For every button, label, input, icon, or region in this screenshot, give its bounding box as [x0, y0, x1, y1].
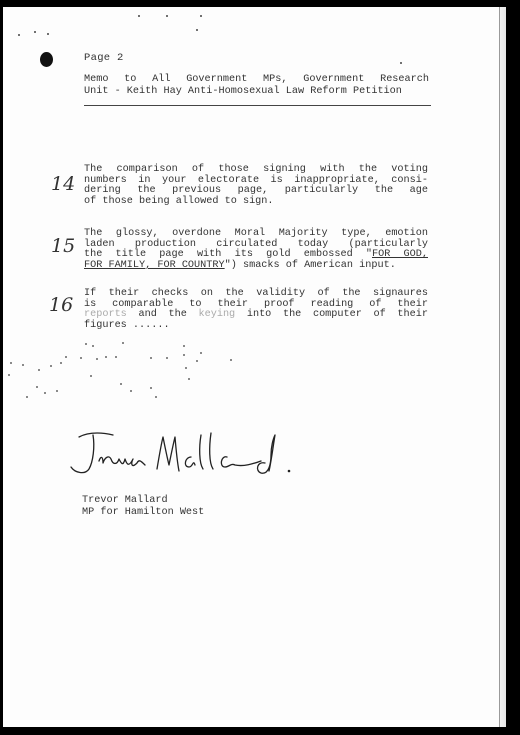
document-page: Page 2 Memo to All Government MPs, Gover…: [3, 7, 506, 727]
scan-speck: [183, 345, 185, 347]
scan-speck: [185, 367, 187, 369]
paragraph-15: The glossy, overdone Moral Majority type…: [84, 229, 428, 272]
signatory-block: Trevor Mallard MP for Hamilton West: [82, 495, 204, 519]
scan-speck: [34, 31, 36, 33]
scan-speck: [166, 357, 168, 359]
margin-number-16: 16: [49, 294, 73, 316]
scan-speck: [36, 386, 38, 388]
scan-speck: [38, 369, 40, 371]
paragraph-14: The comparison of those signing with the…: [84, 165, 428, 208]
scan-speck: [8, 374, 10, 376]
scan-speck: [105, 356, 107, 358]
paragraph-16: If their checks on the validity of the s…: [84, 289, 428, 332]
scan-speck: [196, 360, 198, 362]
scan-speck: [120, 383, 122, 385]
line-text: ") smacks of American input.: [225, 260, 396, 271]
memo-subject: Memo to All Government MPs, Government R…: [84, 74, 429, 97]
paragraph-line: FOR FAMILY, FOR COUNTRY") smacks of Amer…: [84, 261, 428, 272]
paragraph-line: figures ......: [84, 321, 428, 332]
signatory-name: Trevor Mallard: [82, 495, 204, 507]
underlined-quote: FOR FAMILY, FOR COUNTRY: [84, 260, 225, 271]
scan-speck: [150, 357, 152, 359]
margin-number-15: 15: [51, 235, 75, 257]
scan-speck: [150, 387, 152, 389]
scan-speck: [115, 356, 117, 358]
scan-speck: [155, 396, 157, 398]
scan-speck: [138, 15, 140, 17]
scan-speck: [183, 354, 185, 356]
scan-speck: [50, 365, 52, 367]
line-text: the title page with its gold embossed ": [84, 249, 372, 260]
scan-speck: [80, 357, 82, 359]
scan-speck: [96, 358, 98, 360]
page-number: Page 2: [84, 52, 124, 64]
underlined-quote: FOR GOD,: [372, 249, 428, 260]
paragraph-line: of those being allowed to sign.: [84, 197, 428, 208]
scan-speck: [196, 29, 198, 31]
scan-speck: [122, 342, 124, 344]
scan-speck: [22, 364, 24, 366]
scan-speck: [65, 356, 67, 358]
subject-line-2: Unit - Keith Hay Anti-Homosexual Law Ref…: [84, 86, 429, 98]
header-rule: [84, 105, 431, 106]
scan-speck: [92, 345, 94, 347]
scan-speck: [44, 392, 46, 394]
scan-speck: [188, 378, 190, 380]
punch-hole: [40, 52, 53, 67]
scan-speck: [130, 390, 132, 392]
scan-speck: [200, 15, 202, 17]
scan-speck: [47, 33, 49, 35]
scan-speck: [60, 362, 62, 364]
line-text: and the: [127, 309, 199, 320]
scan-speck: [56, 390, 58, 392]
margin-number-14: 14: [51, 173, 75, 195]
scan-speck: [10, 362, 12, 364]
scan-speck: [230, 359, 232, 361]
page-edge: [499, 7, 506, 727]
scan-speck: [18, 34, 20, 36]
faint-text: keying: [198, 309, 235, 320]
scan-speck: [166, 15, 168, 17]
scan-speck: [400, 62, 402, 64]
scan-speck: [200, 352, 202, 354]
subject-line-1: Memo to All Government MPs, Government R…: [84, 74, 429, 86]
line-text: into the computer of their: [235, 309, 428, 320]
scan-speck: [85, 343, 87, 345]
scan-speck: [90, 375, 92, 377]
faint-text: reports: [84, 309, 127, 320]
scan-speck: [26, 396, 28, 398]
handwritten-signature: Trevor Mallard: [65, 427, 295, 497]
signatory-title: MP for Hamilton West: [82, 507, 204, 519]
